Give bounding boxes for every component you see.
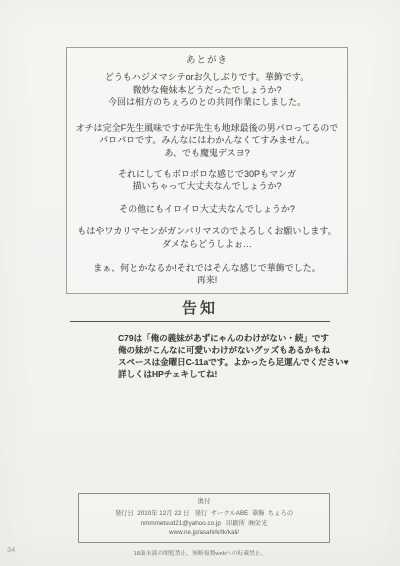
notice-divider — [70, 321, 330, 322]
afterword-line: 微妙な俺妹本どうだったでしょうか? — [67, 84, 347, 97]
afterword-line: どうもハジメマシテorお久しぶりです。華飾です。 — [67, 71, 347, 84]
scanned-page: あとがき どうもハジメマシテorお久しぶりです。華飾です。 微妙な俺妹本どうだっ… — [0, 0, 400, 566]
colophon-row-publication: 発行日 2010年 12月 22 日 発行 サークルABE 華飾 ちぇろの — [79, 509, 329, 519]
page-number: 34 — [7, 545, 15, 554]
colophon-row-url: www.ne.jp/asahi/k/tk/kali/ — [79, 528, 329, 538]
afterword-line: それにしてもボロボロな感じで30Pもマンガ — [67, 168, 347, 181]
afterword-line: 描いちゃって大丈夫なんでしょうか? — [67, 180, 347, 193]
afterword-paragraph: どうもハジメマシテorお久しぶりです。華飾です。 微妙な俺妹本どうだったでしょう… — [67, 71, 347, 109]
colophon-table: 奥付 発行日 2010年 12月 22 日 発行 サークルABE 華飾 ちぇろの… — [78, 493, 330, 543]
afterword-line: その他にもイロイロ大丈夫なんでしょうか? — [67, 203, 347, 216]
colophon-title: 奥付 — [79, 498, 329, 506]
notice-body: C79は「俺の義妹があずにゃんのわけがない・続」です 俺の妹がこんなに可愛いわけ… — [118, 332, 400, 380]
notice-section: 告知 C79は「俺の義妹があずにゃんのわけがない・続」です 俺の妹がこんなに可愛… — [0, 300, 400, 380]
afterword-line: 再来! — [67, 274, 347, 287]
afterword-line: パロパロです。みんなにはわかんなくてすみません。 — [67, 134, 347, 147]
afterword-line: オチは完全F先生風味ですがF先生も地球最後の男パロってるので — [67, 122, 347, 135]
notice-line: C79は「俺の義妹があずにゃんのわけがない・続」です — [118, 332, 400, 344]
afterword-line: 今回は相方のちぇろのとの共同作業にしました。 — [67, 96, 347, 109]
age-warning-text: 18歳未満の閲覧禁止、無断複製webへの転載禁止。 — [0, 548, 400, 557]
colophon-row-contact: nmmmetsud21@yahoo.co.jp 印刷所 ㈱栄光 — [79, 519, 329, 529]
afterword-line: まぁ、何とかなるか!それではそんな感じで華飾でした。 — [67, 262, 347, 275]
afterword-box: あとがき どうもハジメマシテorお久しぶりです。華飾です。 微妙な俺妹本どうだっ… — [66, 47, 348, 294]
afterword-paragraph: まぁ、何とかなるか!それではそんな感じで華飾でした。 再来! — [67, 262, 347, 287]
afterword-paragraph: オチは完全F先生風味ですがF先生も地球最後の男パロってるので パロパロです。みん… — [67, 122, 347, 160]
afterword-line: ダメならどうしよぉ… — [67, 238, 347, 251]
afterword-line: あ、でも魔鬼デスヨ? — [67, 147, 347, 160]
afterword-title: あとがき — [67, 55, 347, 67]
afterword-paragraph: それにしてもボロボロな感じで30Pもマンガ 描いちゃって大丈夫なんでしょうか? — [67, 168, 347, 193]
afterword-line: もはやワカリマセンがガンバリマスのでよろしくお願いします。 — [67, 225, 347, 238]
afterword-paragraph: その他にもイロイロ大丈夫なんでしょうか? — [67, 203, 347, 216]
notice-line: スペースは金曜日C-11aです。よかったら足運んでください♥ — [118, 356, 400, 368]
notice-title: 告知 — [0, 300, 400, 318]
notice-line: 詳しくはHPチェキしてね! — [118, 368, 400, 380]
afterword-paragraph: もはやワカリマセンがガンバリマスのでよろしくお願いします。 ダメならどうしよぉ… — [67, 225, 347, 250]
notice-line: 俺の妹がこんなに可愛いわけがないグッズもあるかもね — [118, 344, 400, 356]
